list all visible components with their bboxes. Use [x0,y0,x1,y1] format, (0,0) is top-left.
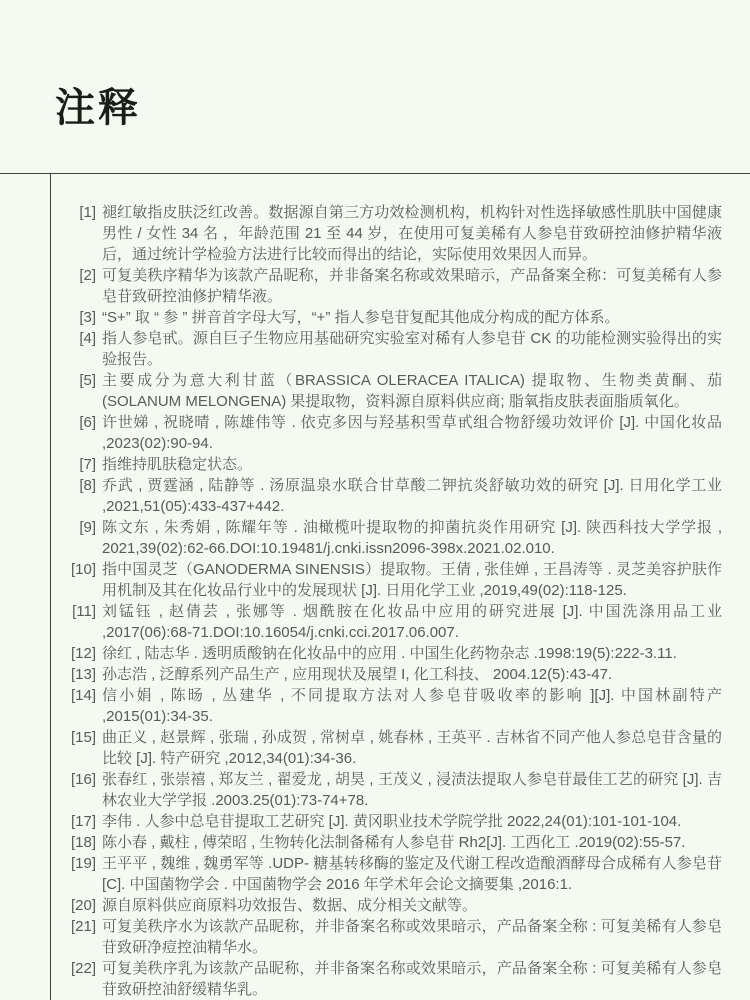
note-label: [13] [70,664,96,685]
note-item: [4]指人参皂甙。源自巨子生物应用基础研究实验室对稀有人参皂苷 CK 的功能检测… [70,328,722,370]
note-label: [20] [70,895,96,916]
note-text: 陈小春 , 戴柱 , 傅荣昭 , 生物转化法制备稀有人参皂苷 Rh2[J]. 工… [102,832,722,853]
note-text: 源自原料供应商原料功效报告、数据、成分相关文献等。 [102,895,722,916]
note-label: [18] [70,832,96,853]
note-text: 指中国灵芝（GANODERMA SINENSIS）提取物。王倩 , 张佳婵 , … [102,559,722,601]
note-label: [9] [70,517,96,538]
horizontal-divider [0,173,750,174]
note-label: [7] [70,454,96,475]
note-label: [6] [70,412,96,433]
note-text: 曲正义 , 赵景辉 , 张瑞 , 孙成贺 , 常树卓 , 姚春林 , 王英平 .… [102,727,722,769]
notes-list: [1]褪红敏指皮肤泛红改善。数据源自第三方功效检测机构，机构针对性选择敏感性肌肤… [70,202,722,1000]
note-label: [16] [70,769,96,790]
note-text: 刘锰钰 , 赵倩芸 , 张娜等 . 烟酰胺在化妆品中应用的研究进展 [J]. 中… [102,601,722,643]
note-item: [12]徐红 , 陆志华 . 透明质酸钠在化妆品中的应用 . 中国生化药物杂志 … [70,643,722,664]
note-text: “S+” 取 “ 参 ” 拼音首字母大写，“+” 指人参皂苷复配其他成分构成的配… [102,307,722,328]
note-label: [12] [70,643,96,664]
note-text: 信小娟 , 陈旸 , 丛建华 , 不同提取方法对人参皂苷吸收率的影响 ][J].… [102,685,722,727]
note-item: [5]主要成分为意大利甘蓝（BRASSICA OLERACEA ITALICA)… [70,370,722,412]
note-text: 指人参皂甙。源自巨子生物应用基础研究实验室对稀有人参皂苷 CK 的功能检测实验得… [102,328,722,370]
note-label: [17] [70,811,96,832]
note-item: [9]陈文东 , 朱秀娟 , 陈耀年等 . 油橄榄叶提取物的抑菌抗炎作用研究 [… [70,517,722,559]
note-item: [20]源自原料供应商原料功效报告、数据、成分相关文献等。 [70,895,722,916]
note-text: 主要成分为意大利甘蓝（BRASSICA OLERACEA ITALICA) 提取… [102,370,722,412]
note-item: [13]孙志浩 , 泛醇系列产品生产 , 应用现状及展望 I, 化工科技、 20… [70,664,722,685]
note-text: 陈文东 , 朱秀娟 , 陈耀年等 . 油橄榄叶提取物的抑菌抗炎作用研究 [J].… [102,517,722,559]
note-text: 褪红敏指皮肤泛红改善。数据源自第三方功效检测机构，机构针对性选择敏感性肌肤中国健… [102,202,722,265]
note-item: [7]指维持肌肤稳定状态。 [70,454,722,475]
note-item: [11]刘锰钰 , 赵倩芸 , 张娜等 . 烟酰胺在化妆品中应用的研究进展 [J… [70,601,722,643]
note-label: [8] [70,475,96,496]
note-item: [2]可复美秩序精华为该款产品昵称，并非备案名称或效果暗示，产品备案全称：可复美… [70,265,722,307]
note-label: [14] [70,685,96,706]
note-label: [22] [70,958,96,979]
note-text: 乔武 , 贾霆涵 , 陆静等 . 汤原温泉水联合甘草酸二钾抗炎舒敏功效的研究 [… [102,475,722,517]
note-label: [5] [70,370,96,391]
note-label: [1] [70,202,96,223]
note-text: 指维持肌肤稳定状态。 [102,454,722,475]
note-item: [14]信小娟 , 陈旸 , 丛建华 , 不同提取方法对人参皂苷吸收率的影响 ]… [70,685,722,727]
note-label: [3] [70,307,96,328]
page-title: 注释 [55,76,141,133]
note-label: [4] [70,328,96,349]
note-item: [10]指中国灵芝（GANODERMA SINENSIS）提取物。王倩 , 张佳… [70,559,722,601]
vertical-divider [50,173,51,1000]
note-label: [11] [70,601,96,622]
note-text: 李伟 . 人参中总皂苷提取工艺研究 [J]. 黄冈职业技术学院学批 2022,2… [102,811,722,832]
note-item: [17]李伟 . 人参中总皂苷提取工艺研究 [J]. 黄冈职业技术学院学批 20… [70,811,722,832]
note-item: [16]张春红 , 张崇禧 , 郑友兰 , 翟爱龙 , 胡昊 , 王茂义 , 浸… [70,769,722,811]
note-text: 孙志浩 , 泛醇系列产品生产 , 应用现状及展望 I, 化工科技、 2004.1… [102,664,722,685]
note-text: 可复美秩序乳为该款产品昵称，并非备案名称或效果暗示，产品备案全称 : 可复美稀有… [102,958,722,1000]
note-item: [22]可复美秩序乳为该款产品昵称，并非备案名称或效果暗示，产品备案全称 : 可… [70,958,722,1000]
note-label: [15] [70,727,96,748]
note-label: [21] [70,916,96,937]
note-label: [10] [70,559,96,580]
note-text: 可复美秩序精华为该款产品昵称，并非备案名称或效果暗示，产品备案全称：可复美稀有人… [102,265,722,307]
note-text: 张春红 , 张崇禧 , 郑友兰 , 翟爱龙 , 胡昊 , 王茂义 , 浸渍法提取… [102,769,722,811]
note-item: [6]许世娣 , 祝晓晴 , 陈雄伟等 . 依克多因与羟基积雪草甙组合物舒缓功效… [70,412,722,454]
note-item: [3]“S+” 取 “ 参 ” 拼音首字母大写，“+” 指人参皂苷复配其他成分构… [70,307,722,328]
note-item: [8]乔武 , 贾霆涵 , 陆静等 . 汤原温泉水联合甘草酸二钾抗炎舒敏功效的研… [70,475,722,517]
note-label: [19] [70,853,96,874]
note-item: [15]曲正义 , 赵景辉 , 张瑞 , 孙成贺 , 常树卓 , 姚春林 , 王… [70,727,722,769]
note-text: 可复美秩序水为该款产品昵称，并非备案名称或效果暗示，产品备案全称 : 可复美稀有… [102,916,722,958]
note-text: 许世娣 , 祝晓晴 , 陈雄伟等 . 依克多因与羟基积雪草甙组合物舒缓功效评价 … [102,412,722,454]
note-text: 王平平 , 魏维 , 魏勇军等 .UDP- 糖基转移酶的鉴定及代谢工程改造酿酒酵… [102,853,722,895]
note-text: 徐红 , 陆志华 . 透明质酸钠在化妆品中的应用 . 中国生化药物杂志 .199… [102,643,722,664]
note-item: [18]陈小春 , 戴柱 , 傅荣昭 , 生物转化法制备稀有人参皂苷 Rh2[J… [70,832,722,853]
note-item: [21]可复美秩序水为该款产品昵称，并非备案名称或效果暗示，产品备案全称 : 可… [70,916,722,958]
note-item: [19]王平平 , 魏维 , 魏勇军等 .UDP- 糖基转移酶的鉴定及代谢工程改… [70,853,722,895]
note-item: [1]褪红敏指皮肤泛红改善。数据源自第三方功效检测机构，机构针对性选择敏感性肌肤… [70,202,722,265]
note-label: [2] [70,265,96,286]
